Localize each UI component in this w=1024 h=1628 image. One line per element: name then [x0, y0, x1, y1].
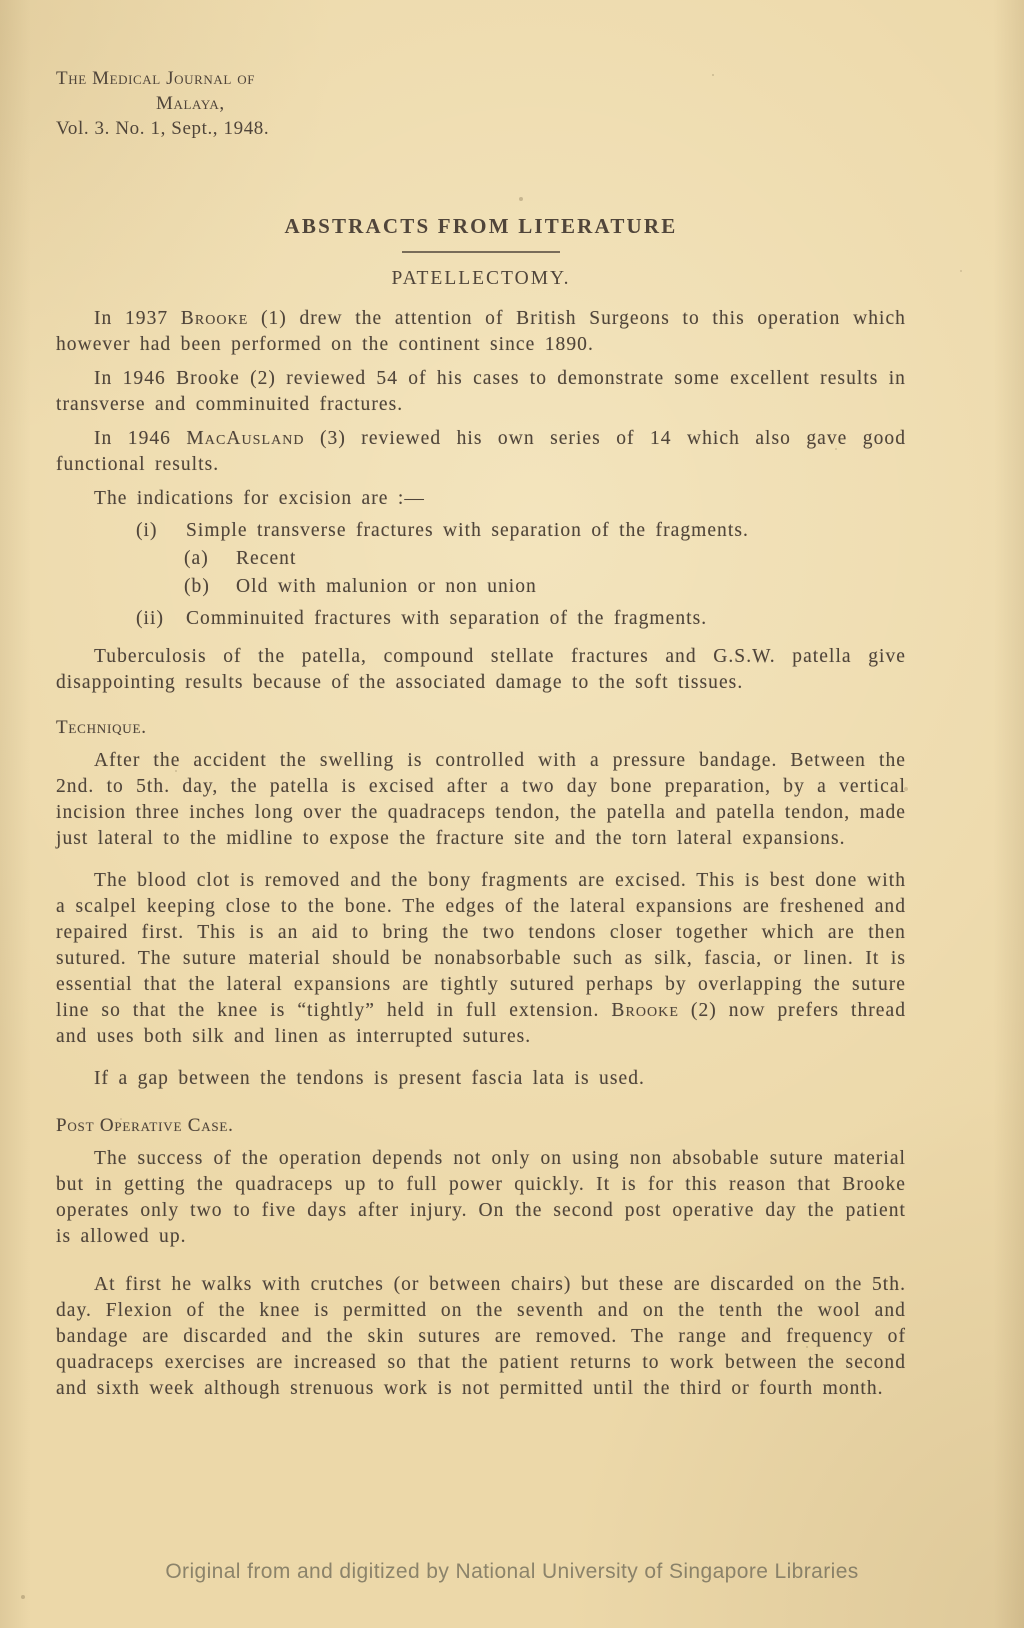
list-item-text: Simple transverse fractures with separat… [186, 518, 906, 544]
title-divider [402, 251, 560, 253]
journal-header: The Medical Journal of Malaya, Vol. 3. N… [56, 66, 906, 141]
list-item-text: Old with malunion or non union [236, 574, 906, 600]
paragraph-blood-clot: The blood clot is removed and the bony f… [56, 868, 906, 1050]
article-title: PATELLECTOMY. [56, 265, 906, 292]
list-item-i: (i) Simple transverse fractures with sep… [56, 518, 906, 544]
text-segment: In 1946 [94, 428, 186, 449]
list-marker: (b) [184, 574, 236, 600]
digitization-credit: Original from and digitized by National … [0, 1560, 1024, 1584]
heading-post-operative-case: Post Operative Case. [56, 1114, 906, 1138]
paragraph-1946-macausland: In 1946 MacAusland (3) reviewed his own … [56, 426, 906, 478]
list-item-b: (b) Old with malunion or non union [56, 574, 906, 600]
paragraph-at-first: At first he walks with crutches (or betw… [56, 1272, 906, 1402]
paragraph-indications: The indications for excision are :— [56, 486, 906, 512]
paragraph-1946-brooke: In 1946 Brooke (2) reviewed 54 of his ca… [56, 366, 906, 418]
list-marker: (a) [184, 546, 236, 572]
text-segment: The blood clot is removed and the bony f… [56, 870, 906, 1021]
paragraph-1937-brooke: In 1937 Brooke (1) drew the attention of… [56, 306, 906, 358]
paragraph-fascia-lata: If a gap between the tendons is present … [56, 1066, 906, 1092]
list-item-text: Recent [236, 546, 906, 572]
paragraph-after-accident: After the accident the swelling is contr… [56, 748, 906, 852]
journal-name-line2: Malaya, [156, 91, 906, 116]
scan-noise [0, 0, 2, 2]
heading-technique: Technique. [56, 716, 906, 740]
page-content: The Medical Journal of Malaya, Vol. 3. N… [0, 0, 1024, 1402]
list-marker: (ii) [136, 606, 186, 632]
list-item-text: Comminuited fractures with separation of… [186, 606, 906, 632]
list-item-a: (a) Recent [56, 546, 906, 572]
journal-issue-line: Vol. 3. No. 1, Sept., 1948. [56, 116, 906, 141]
text-segment: In 1937 [94, 308, 181, 329]
smallcaps-name: MacAusland [186, 428, 304, 449]
section-heading: ABSTRACTS FROM LITERATURE [56, 213, 906, 239]
scanned-page: The Medical Journal of Malaya, Vol. 3. N… [0, 0, 1024, 1628]
journal-name-line1: The Medical Journal of [56, 66, 906, 91]
list-marker: (i) [136, 518, 186, 544]
paragraph-tuberculosis: Tuberculosis of the patella, compound st… [56, 644, 906, 696]
paragraph-success: The success of the operation depends not… [56, 1146, 906, 1250]
smallcaps-name: Brooke [181, 308, 249, 329]
list-item-ii: (ii) Comminuited fractures with separati… [56, 606, 906, 632]
smallcaps-name: Brooke [611, 1000, 679, 1021]
